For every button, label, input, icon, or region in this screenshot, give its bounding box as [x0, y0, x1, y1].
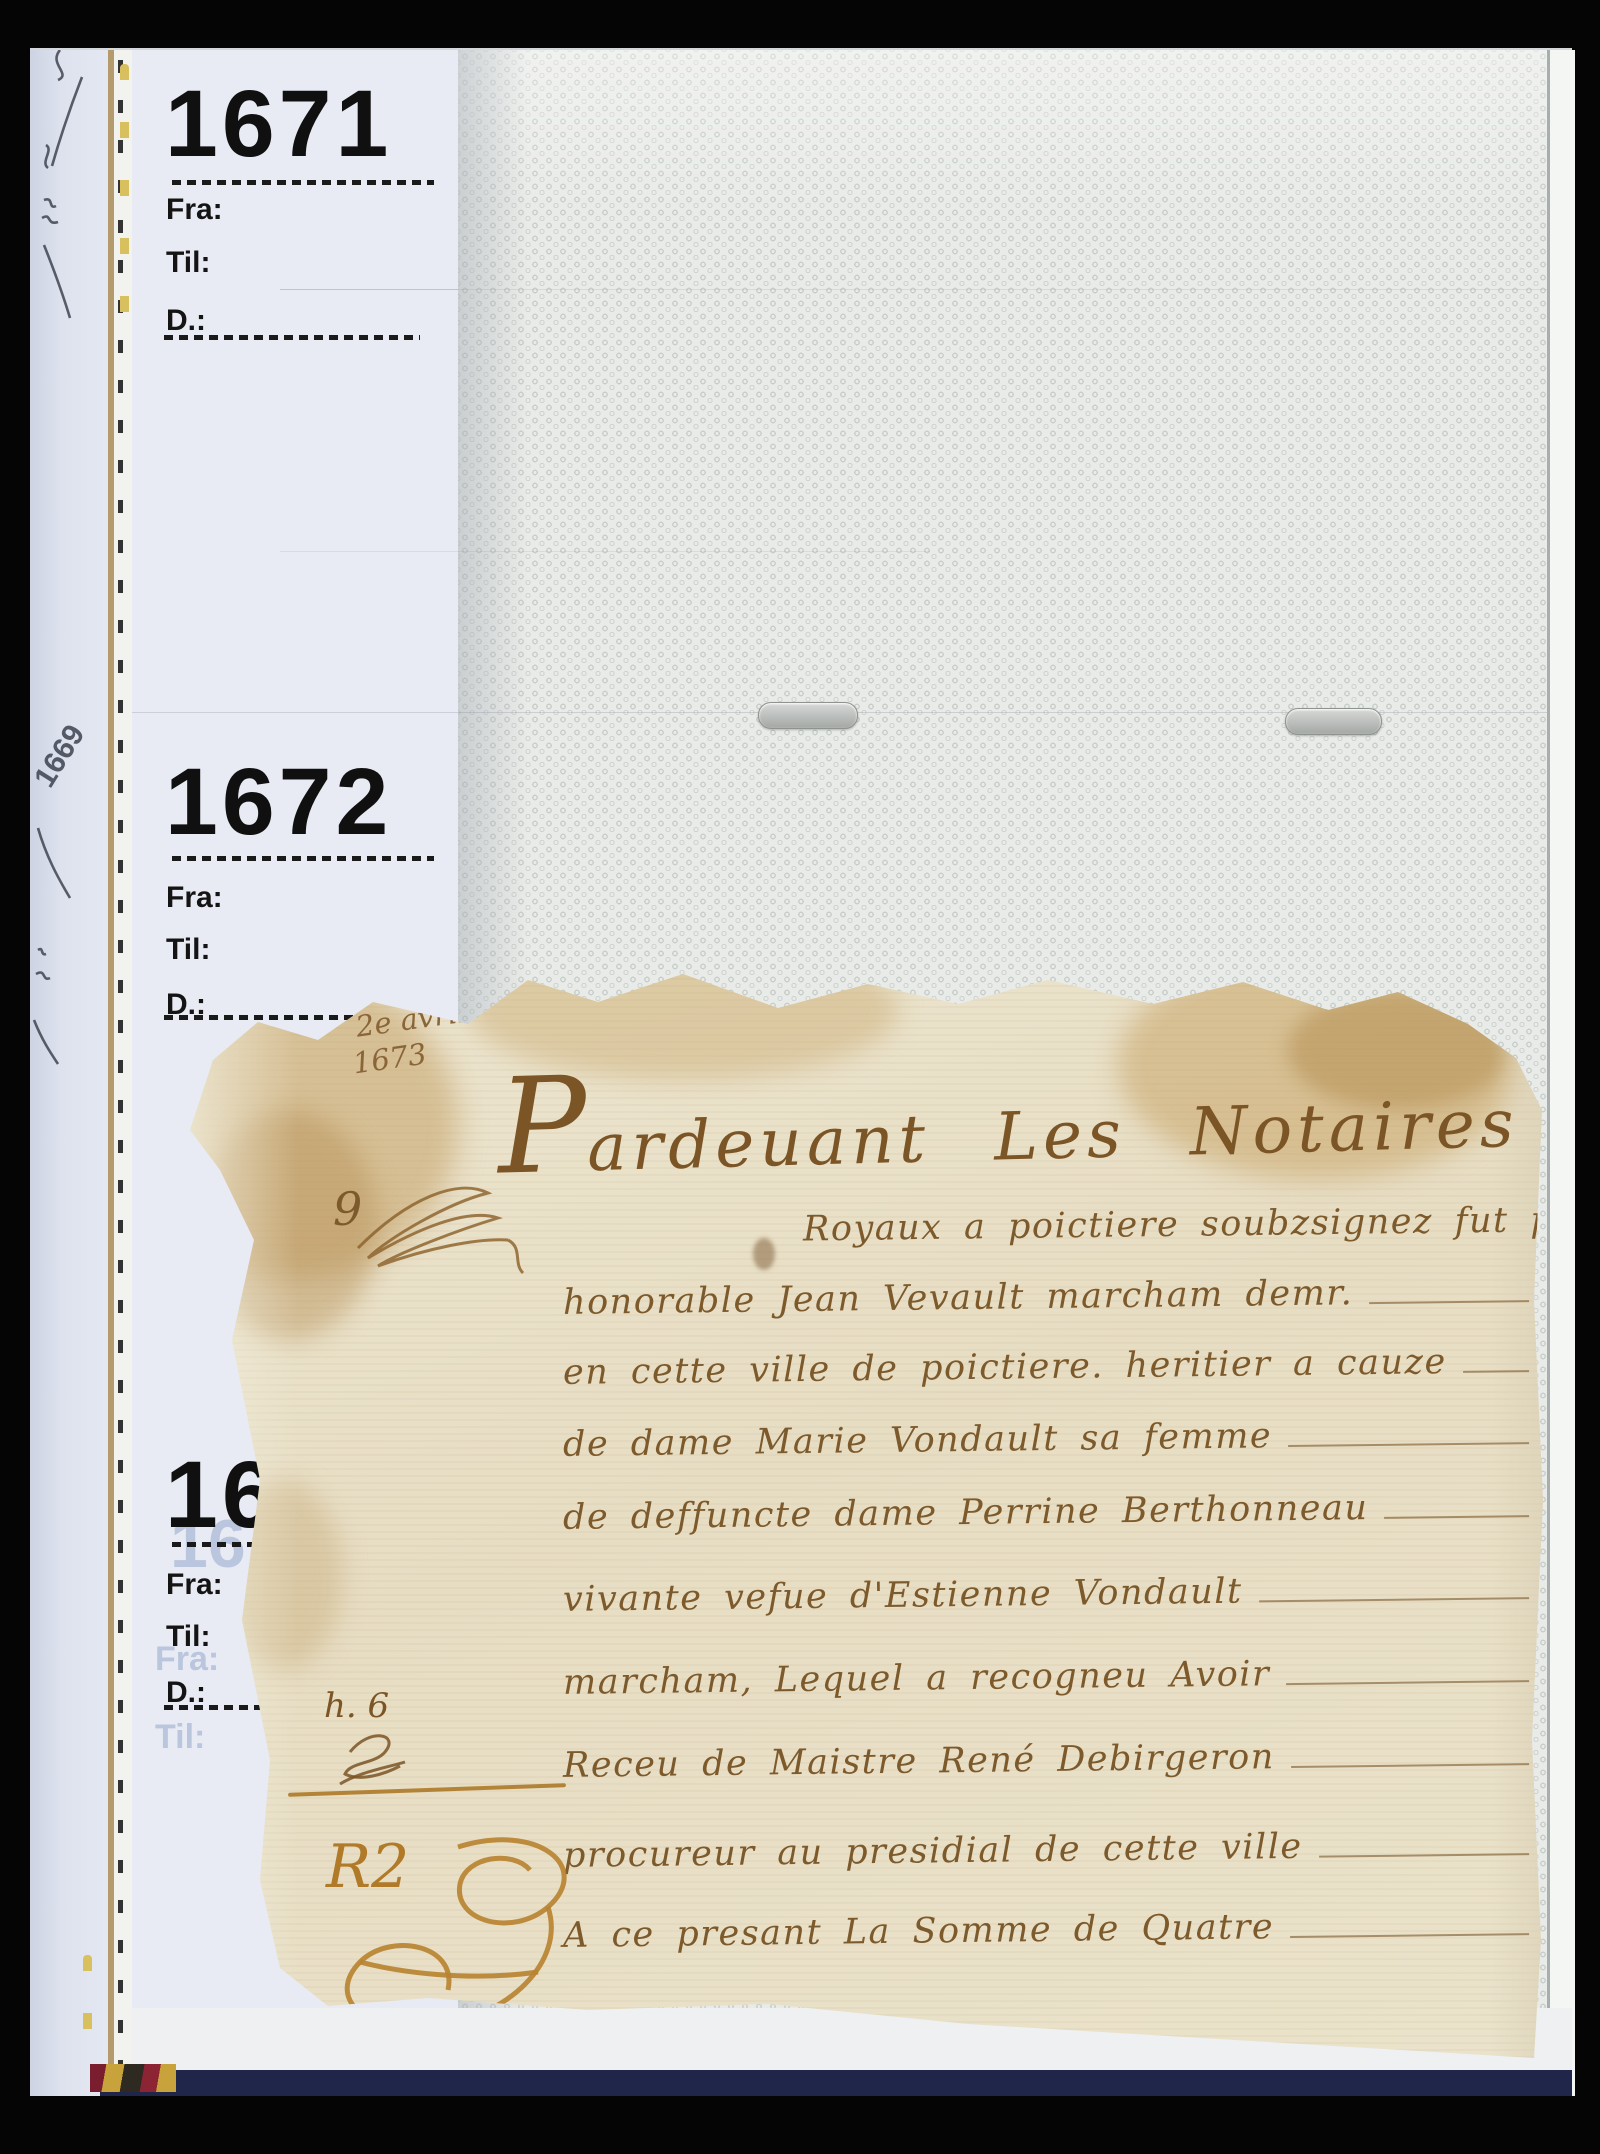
- line-filler: [1463, 1370, 1529, 1373]
- field-label-til: Til:: [166, 1620, 210, 1654]
- pocket-seam: [280, 551, 930, 552]
- field-label-d: D.:: [166, 304, 206, 338]
- left-page-strip: 1669: [30, 50, 108, 2096]
- strip-curve-mid-icon: [30, 820, 90, 920]
- field-label-fra: Fra:: [166, 193, 223, 227]
- archive-photo-stage: 1669 1671 Fra: Til: D.: 1672: [0, 0, 1600, 2154]
- line-filler: [1290, 1933, 1529, 1938]
- strip-rotated-year: 1669: [28, 716, 94, 793]
- field-label-fra: Fra:: [166, 1568, 223, 1602]
- ghost-til-showthrough: Til:: [155, 1718, 205, 1757]
- pocket-seam: [280, 289, 1570, 290]
- strip-handwriting-top-icon: [30, 50, 108, 390]
- staple-right: [1285, 708, 1382, 735]
- field-label-til: Til:: [166, 933, 210, 967]
- marbled-corner-fragment: [90, 2064, 176, 2092]
- line-filler: [1288, 1442, 1529, 1447]
- album-page-photo: 1669 1671 Fra: Til: D.: 1672: [30, 48, 1572, 2096]
- line-text: vivante vefue d'Estienne Vondault: [563, 1572, 1243, 1620]
- line-filler: [1259, 1597, 1529, 1602]
- binder-holes-bottom: [83, 1955, 92, 2065]
- manuscript-document: 2e avril 1673 9 Pardeuant Les Notaires R…: [168, 960, 1545, 2065]
- album-bottom-band: [100, 2070, 1572, 2096]
- field-label-fra: Fra:: [166, 881, 223, 915]
- field-label-til: Til:: [166, 246, 210, 280]
- line-filler: [1319, 1853, 1529, 1858]
- dashed-rule: [172, 180, 434, 185]
- binder-holes-top: [120, 64, 129, 354]
- line-filler: [1369, 1300, 1529, 1304]
- margin-fee-mark: h. 6: [324, 1686, 389, 1726]
- perforation-dashes: [118, 60, 123, 2086]
- year-label-1672: 1672: [165, 755, 392, 850]
- strip-handwriting-low-icon: [30, 930, 90, 1080]
- staple-left: [758, 702, 858, 729]
- line-filler: [1291, 1763, 1529, 1768]
- perforation-strip: [114, 50, 132, 2096]
- fee-paraph-icon: [330, 1722, 420, 1792]
- dashed-rule: [164, 335, 420, 340]
- line-filler: [1385, 1515, 1530, 1519]
- sleeve-right-edge: [1547, 50, 1575, 2096]
- dashed-rule: [172, 856, 434, 861]
- line-filler: [1286, 1680, 1529, 1685]
- year-label-1671: 1671: [165, 77, 392, 172]
